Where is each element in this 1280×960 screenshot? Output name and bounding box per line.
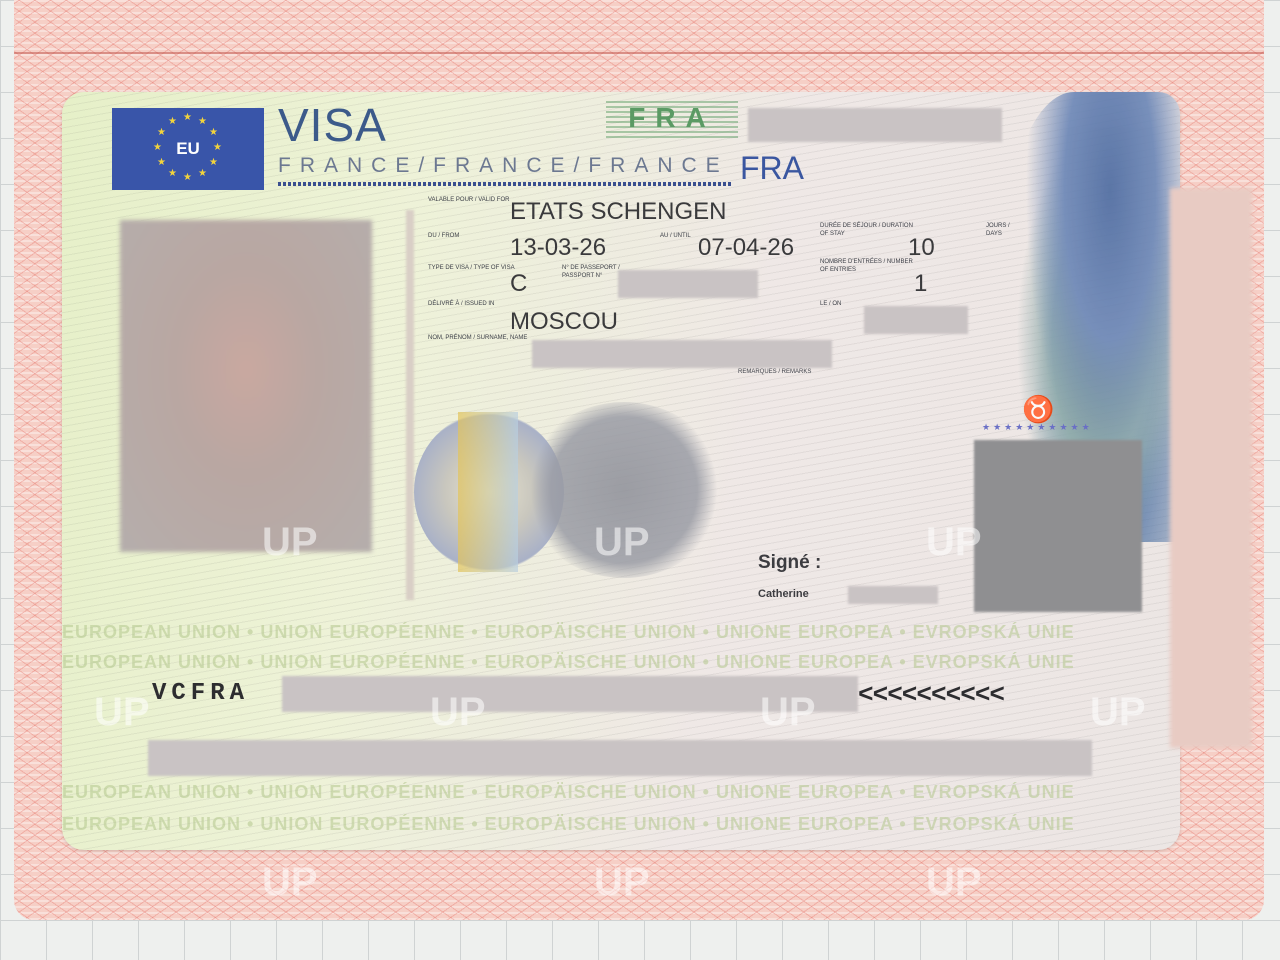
label-number-of-entries: NOMBRE D'ENTRÉES / NUMBER OF ENTRIES [820,258,920,274]
redacted-visa-number [748,108,1002,142]
watermark: UP [926,860,982,905]
redacted-page-edge [1170,188,1252,748]
signature-label: Signé : [758,552,821,574]
label-issued-on: LE / ON [820,300,841,308]
visa-title: VISA [278,98,387,152]
country-code: FRA [740,150,804,187]
redacted-passport-number [618,270,758,298]
bull-stars: ★★★★★★★★★★ [982,422,1093,433]
eu-star-icon: ★ [198,118,206,126]
security-band-1: EUROPEAN UNION • UNION EUROPÉENNE • EURO… [62,622,1180,650]
visa-sticker: EU ★★★★★★★★★★★★ VISA FRANCE/FRANCE/FRANC… [62,92,1180,850]
eu-star-icon: ★ [168,170,176,178]
eu-star-icon: ★ [209,159,217,167]
security-band-3: EUROPEAN UNION • UNION EUROPÉENNE • EURO… [62,782,1180,810]
watermark: UP [430,690,486,735]
eu-star-icon: ★ [213,144,221,152]
redacted-strip [406,210,414,600]
redacted-signatory-surname [848,586,938,604]
eu-star-icon: ★ [157,129,165,137]
value-until: 07-04-26 [698,234,794,262]
watermark: UP [94,690,150,735]
eu-star-icon: ★ [198,170,206,178]
eu-emblem: EU ★★★★★★★★★★★★ [112,108,264,190]
value-valid-for: ETATS SCHENGEN [510,198,726,226]
eu-star-ring-icon: EU ★★★★★★★★★★★★ [153,114,223,184]
mrz-line-1-prefix: VCFRA [152,680,249,707]
redacted-surname-name [532,340,832,368]
label-from: DU / FROM [428,232,459,240]
microprint-line [278,182,732,186]
label-passport-number: N° DE PASSEPORT / PASSPORT N° [562,264,622,280]
value-duration-of-stay: 10 [908,234,935,262]
label-remarks: REMARQUES / REMARKS [738,368,811,376]
eu-star-icon: ★ [183,174,191,182]
watermark: UP [1090,690,1146,735]
value-number-of-entries: 1 [914,270,927,298]
eu-star-icon: ★ [153,144,161,152]
eu-star-icon: ★ [183,114,191,122]
value-issued-in: MOSCOU [510,308,618,336]
label-type-of-visa: TYPE DE VISA / TYPE OF VISA [428,264,515,272]
watermark: UP [926,520,982,565]
hologram-foil [458,412,518,572]
label-issued-in: DÉLIVRÉ À / ISSUED IN [428,300,494,308]
redacted-issue-date [864,306,968,334]
fra-guilloche-stamp: FRA [606,98,738,138]
holder-photo-redacted [120,220,372,552]
label-valid-for: VALABLE POUR / VALID FOR [428,196,509,204]
redacted-mrz-line-2 [148,740,1092,776]
eu-star-icon: ★ [168,118,176,126]
redacted-secondary-photo [974,440,1142,612]
signatory-name: Catherine [758,588,809,600]
watermark: UP [262,860,318,905]
consular-seal [414,402,734,578]
security-band-4: EUROPEAN UNION • UNION EUROPÉENNE • EURO… [62,814,1180,842]
value-type-of-visa: C [510,270,527,298]
eu-star-icon: ★ [209,129,217,137]
watermark: UP [262,520,318,565]
issuing-country-line: FRANCE/FRANCE/FRANCE [278,154,729,178]
value-from: 13-03-26 [510,234,606,262]
eu-star-icon: ★ [157,159,165,167]
label-until: AU / UNTIL [660,232,691,240]
watermark: UP [594,520,650,565]
watermark: UP [594,860,650,905]
label-duration-of-stay: DURÉE DE SÉJOUR / DURATION OF STAY [820,222,920,238]
page-fold [14,52,1264,54]
mrz-line-1-filler: <<<<<<<<<< [858,680,1004,710]
europa-bull-icon: ♉ [1022,394,1054,425]
watermark: UP [760,690,816,735]
